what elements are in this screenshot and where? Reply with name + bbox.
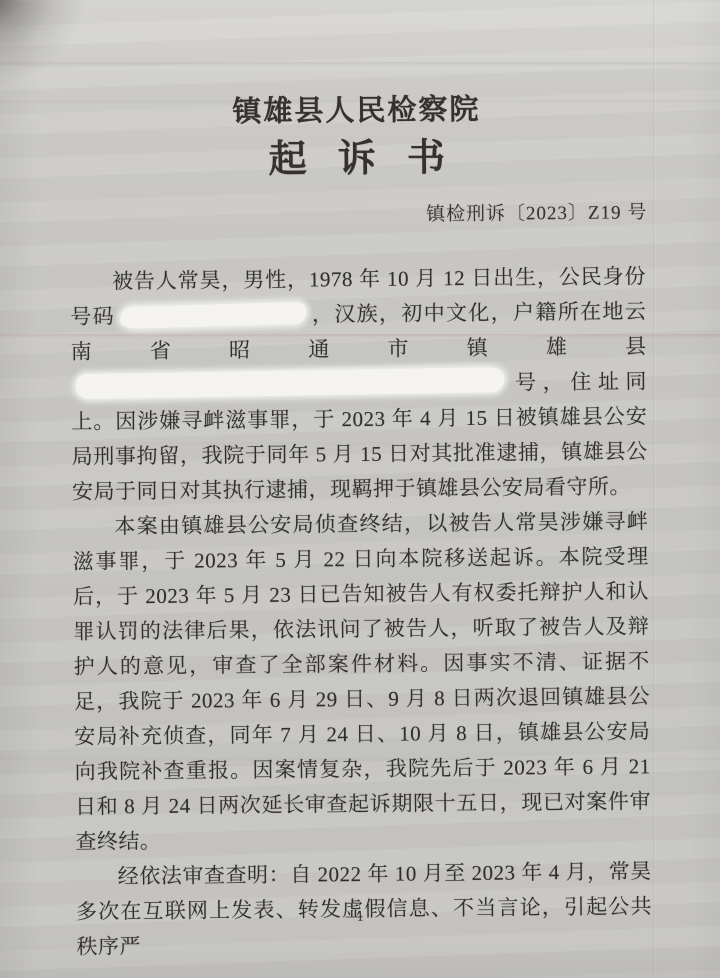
defendant-paragraph: 被告人常昊，男性，1978 年 10 月 12 日出生，公民身份号码，汉族，初中…	[70, 259, 648, 510]
procedure-paragraph: 本案由镇雄县公安局侦查终结，以被告人常昊涉嫌寻衅滋事罪，于 2023 年 5 月…	[72, 504, 651, 860]
document-body: 被告人常昊，男性，1978 年 10 月 12 日出生，公民身份号码，汉族，初中…	[70, 259, 653, 964]
document-photo: 镇雄县人民检察院 起诉书 镇检刑诉〔2023〕Z19 号 被告人常昊，男性，19…	[0, 0, 720, 978]
document-content: 镇雄县人民检察院 起诉书 镇检刑诉〔2023〕Z19 号 被告人常昊，男性，19…	[0, 0, 720, 978]
redaction-id-number	[120, 302, 307, 329]
redaction-address	[76, 367, 504, 399]
case-number: 镇检刑诉〔2023〕Z19 号	[0, 197, 647, 230]
document-title: 起诉书	[0, 124, 717, 186]
